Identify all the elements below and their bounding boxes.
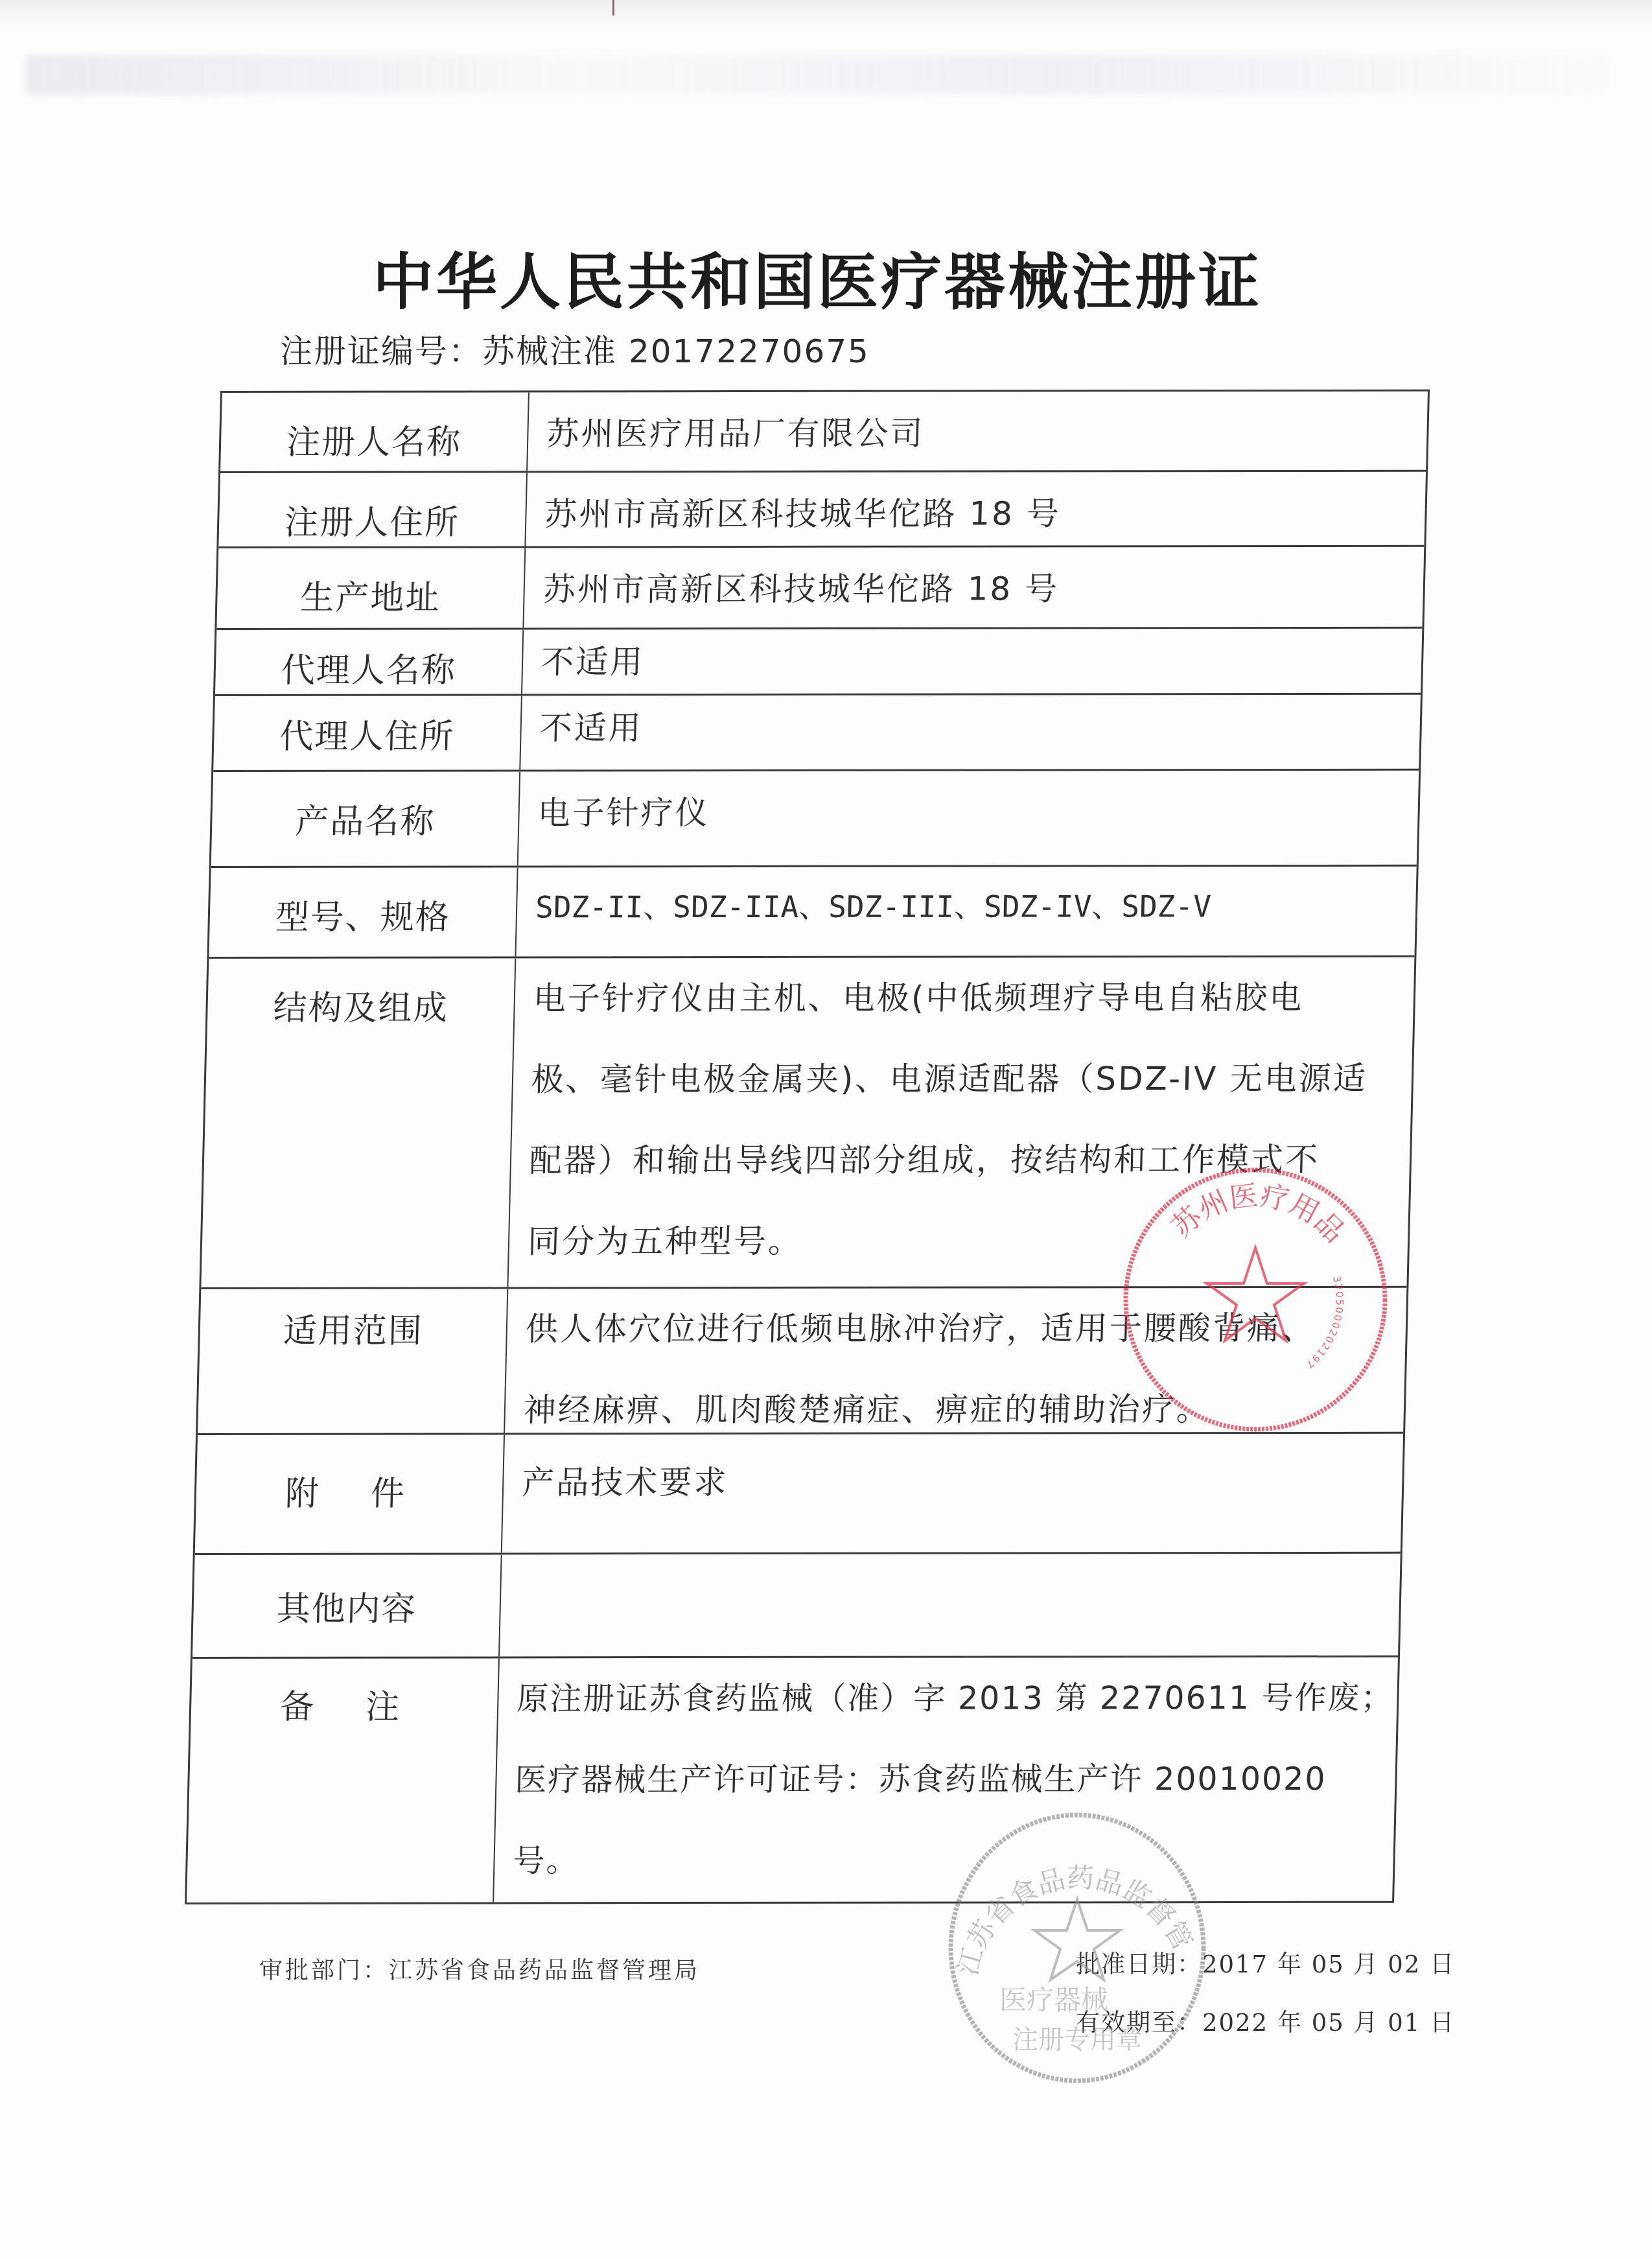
row-remarks: 备 注 原注册证苏食药监械（准）字 2013 第 2270611 号作废； 医疗…: [187, 1657, 1398, 1902]
label-model-spec: 型号、规格: [209, 867, 518, 957]
value-line: 不适用: [539, 708, 1404, 748]
value-attachment: 产品技术要求: [502, 1434, 1403, 1553]
value-line: 供人体穴位进行低频电脉冲治疗，适用于腰酸背痛、: [524, 1288, 1391, 1370]
registration-number: 注册证编号：苏械注准 20172270675: [280, 325, 870, 372]
registration-number-value: 苏械注准 20172270675: [482, 333, 870, 370]
row-structure: 结构及组成 电子针疗仪由主机、电极(中低频理疗导电自粘胶电 极、毫针电极金属夹)…: [201, 957, 1414, 1289]
row-agent-name: 代理人名称 不适用: [215, 629, 1422, 696]
value-line: 苏州医疗用品厂有限公司: [546, 414, 1412, 454]
value-line: 极、毫针电极金属夹)、电源适配器（SDZ-IV 无电源适: [530, 1038, 1397, 1121]
value-line: SDZ-II、SDZ-IIA、SDZ-III、SDZ-IV、SDZ-V: [535, 889, 1401, 926]
label-structure: 结构及组成: [201, 958, 516, 1287]
value-agent-name: 不适用: [522, 629, 1422, 694]
value-line: 原注册证苏食药监械（准）字 2013 第 2270611 号作废；: [516, 1657, 1395, 1740]
row-production-address: 生产地址 苏州市高新区科技城华佗路 18 号: [216, 547, 1424, 630]
label-scope: 适用范围: [198, 1289, 508, 1433]
scan-edge-shadow: [0, 0, 1652, 26]
registration-number-label: 注册证编号：: [280, 333, 482, 370]
value-line: 号。: [512, 1820, 1391, 1902]
row-other: 其他内容: [192, 1554, 1401, 1659]
row-product-name: 产品名称 电子针疗仪: [211, 771, 1419, 868]
label-agent-address: 代理人住所: [213, 696, 522, 770]
value-line: 同分为五种型号。: [527, 1200, 1393, 1283]
value-remarks: 原注册证苏食药监械（准）字 2013 第 2270611 号作废； 医疗器械生产…: [494, 1657, 1410, 1902]
value-line: 配器）和输出导线四部分组成，按结构和工作模式不: [529, 1119, 1395, 1202]
expiry-date: 有效期至：2022 年 05 月 01 日: [1076, 2003, 1455, 2038]
label-production-address: 生产地址: [216, 548, 526, 628]
label-remarks: 备 注: [187, 1658, 500, 1902]
row-agent-address: 代理人住所 不适用: [213, 695, 1421, 772]
value-product-name: 电子针疗仪: [518, 771, 1419, 866]
row-model-spec: 型号、规格 SDZ-II、SDZ-IIA、SDZ-III、SDZ-IV、SDZ-…: [209, 867, 1416, 959]
value-line: 医疗器械生产许可证号：苏食药监械生产许 20010020: [514, 1738, 1393, 1821]
value-line: 苏州市高新区科技城华佗路 18 号: [542, 569, 1408, 609]
scan-artifact-band: [26, 55, 1607, 94]
certificate-table: 注册人名称 苏州医疗用品厂有限公司 注册人住所 苏州市高新区科技城华佗路 18 …: [185, 390, 1430, 1904]
value-model-spec: SDZ-II、SDZ-IIA、SDZ-III、SDZ-IV、SDZ-V: [516, 867, 1416, 957]
label-registrant-address: 注册人住所: [218, 473, 528, 546]
value-line: 产品技术要求: [522, 1462, 1387, 1503]
approval-department: 审批部门：江苏省食品药品监督管理局: [259, 1952, 700, 1985]
value-line: 电子针疗仪: [537, 793, 1402, 833]
value-line: [520, 1576, 1384, 1577]
row-registrant-name: 注册人名称 苏州医疗用品厂有限公司: [220, 392, 1428, 473]
value-production-address: 苏州市高新区科技城华佗路 18 号: [524, 547, 1424, 628]
row-scope: 适用范围 供人体穴位进行低频电脉冲治疗，适用于腰酸背痛、 神经麻痹、肌肉酸楚痛症…: [198, 1288, 1406, 1435]
label-other: 其他内容: [192, 1554, 502, 1657]
value-registrant-name: 苏州医疗用品厂有限公司: [528, 392, 1428, 471]
value-scope: 供人体穴位进行低频电脉冲治疗，适用于腰酸背痛、 神经麻痹、肌肉酸楚痛症、痹症的辅…: [505, 1288, 1406, 1433]
label-agent-name: 代理人名称: [215, 629, 524, 694]
value-line: 不适用: [541, 642, 1406, 682]
label-product-name: 产品名称: [211, 771, 520, 866]
row-registrant-address: 注册人住所 苏州市高新区科技城华佗路 18 号: [218, 472, 1426, 548]
value-line: 电子针疗仪由主机、电极(中低频理疗导电自粘胶电: [532, 957, 1399, 1040]
row-attachment: 附 件 产品技术要求: [195, 1434, 1403, 1555]
label-registrant-name: 注册人名称: [220, 392, 529, 471]
value-registrant-address: 苏州市高新区科技城华佗路 18 号: [526, 472, 1426, 546]
scan-mark: [612, 0, 614, 16]
value-other: [500, 1554, 1401, 1657]
value-line: 苏州市高新区科技城华佗路 18 号: [544, 494, 1410, 534]
value-structure: 电子针疗仪由主机、电极(中低频理疗导电自粘胶电 极、毫针电极金属夹)、电源适配器…: [508, 957, 1414, 1287]
value-agent-address: 不适用: [520, 695, 1421, 770]
approval-date: 批准日期：2017 年 05 月 02 日: [1076, 1945, 1455, 1980]
label-attachment: 附 件: [195, 1434, 505, 1553]
document-title: 中华人民共和国医疗器械注册证: [373, 233, 1280, 321]
